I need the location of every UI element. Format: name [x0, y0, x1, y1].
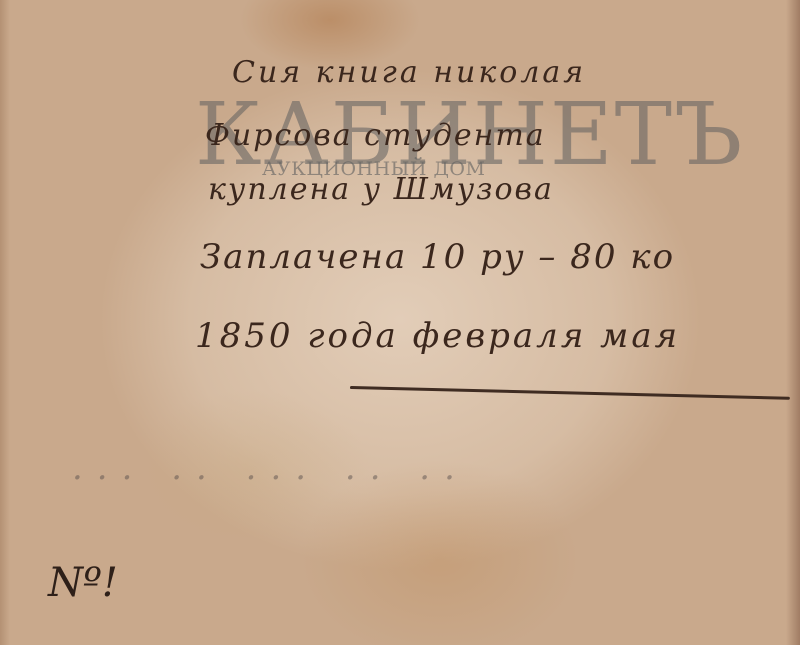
faded-pencil-text: ··· ·· ··· ·· ··: [72, 458, 469, 498]
handwritten-line-5: 1850 года февраля мая: [195, 316, 680, 356]
paper-edge-right: [786, 0, 800, 645]
ink-underline: [350, 386, 790, 400]
handwritten-line-4: Заплачена 10 ру – 80 ко: [200, 237, 675, 277]
handwritten-line-1: Сия книга николая: [232, 55, 586, 90]
paper-edge-left: [0, 0, 10, 645]
aged-paper-page: КАБИНЕТЪ АУКЦИОННЫЙ ДОМ Сия книга никола…: [0, 0, 800, 645]
corner-ink-mark: Nº!: [48, 560, 118, 606]
handwritten-line-2: Фирсова студента: [205, 118, 546, 153]
handwritten-line-3: куплена у Шмузова: [208, 172, 554, 207]
